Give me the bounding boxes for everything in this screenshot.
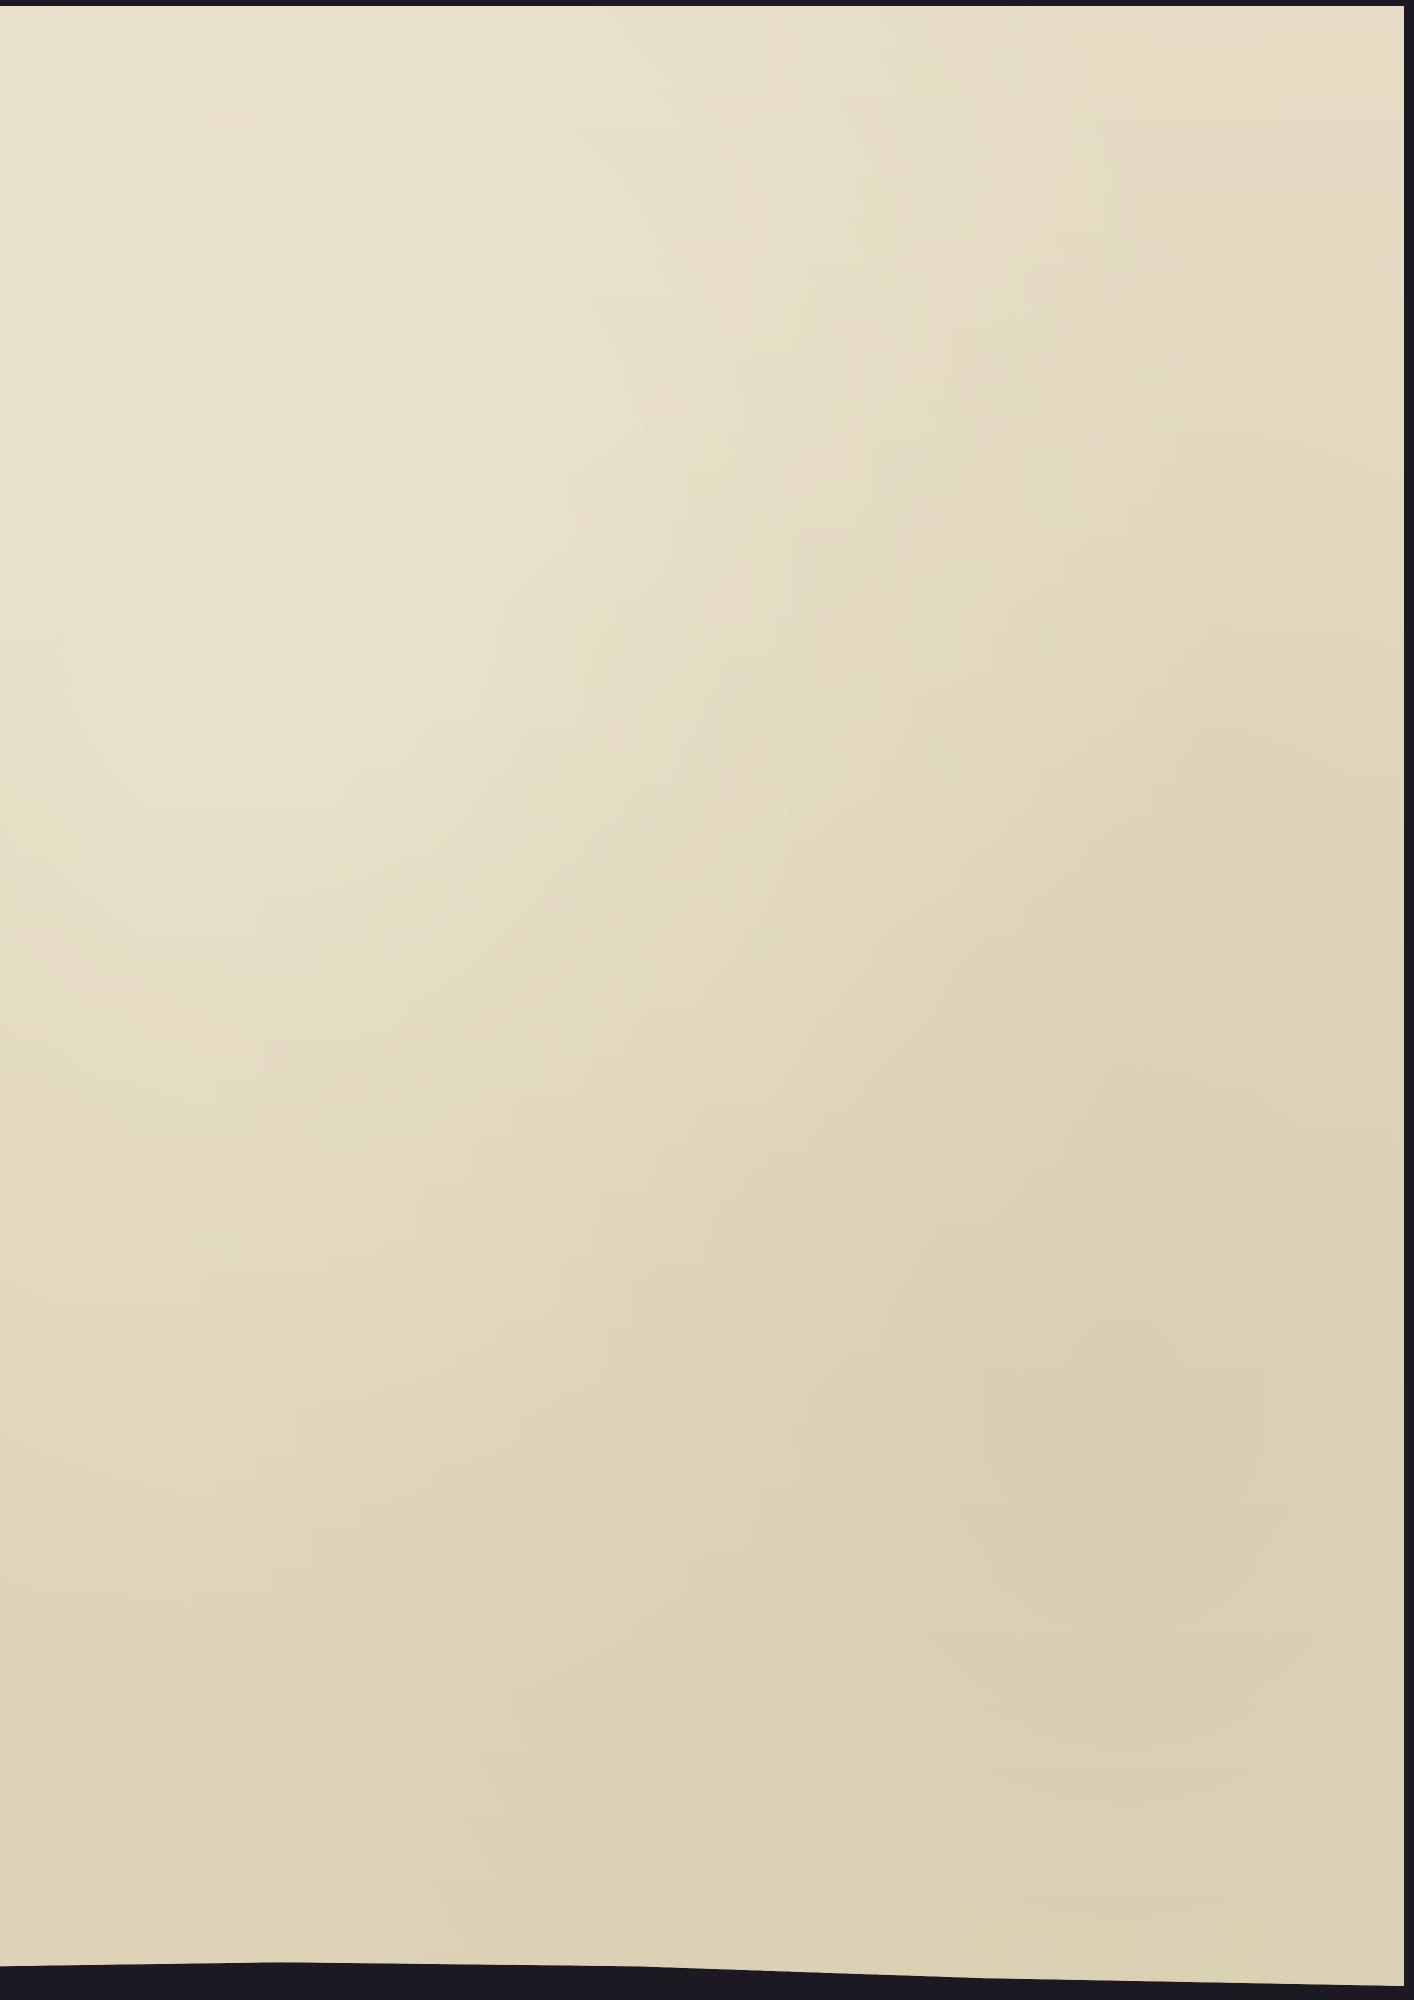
document-sheet xyxy=(0,6,1404,1986)
